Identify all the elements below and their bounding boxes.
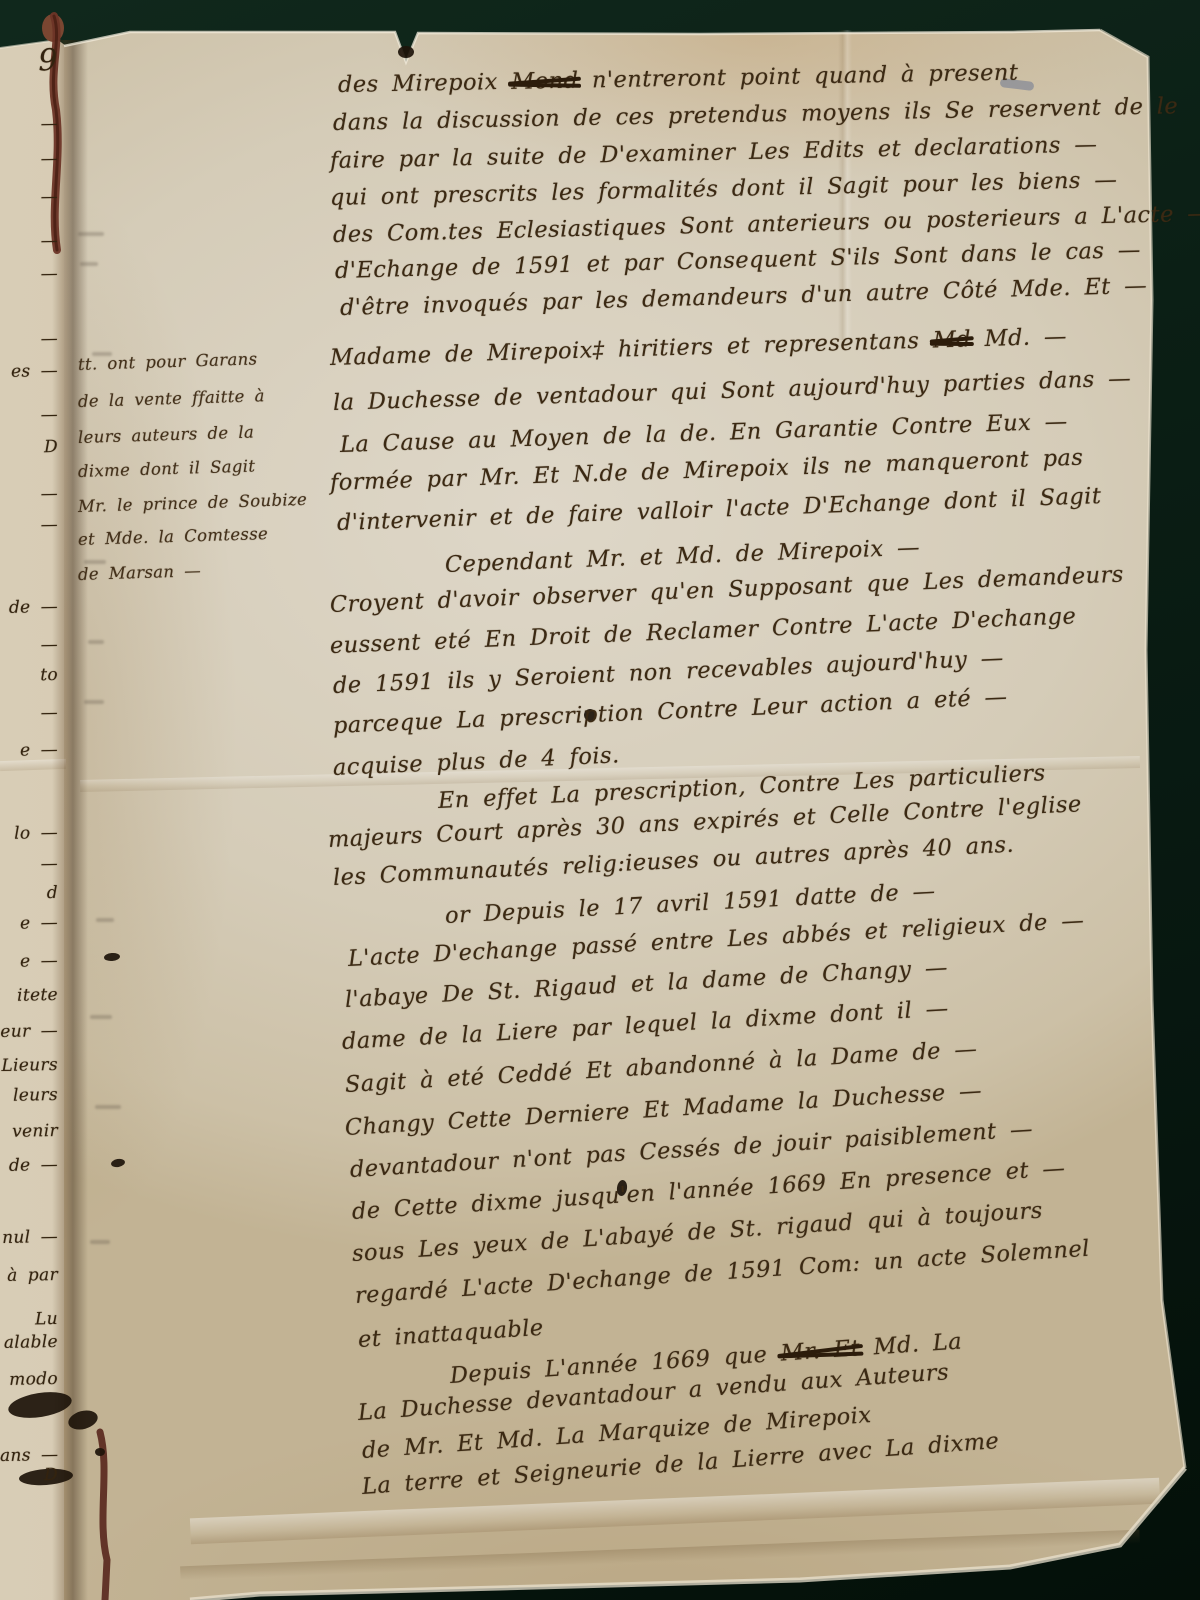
facing-page-fragment: venir — [0, 1121, 58, 1142]
facing-page-fragment: — — [0, 854, 58, 875]
facing-page-fragment: ans — — [0, 1445, 58, 1466]
text-segment: d — [47, 883, 59, 903]
facing-page-fragment: e — — [0, 951, 58, 972]
text-segment: des Mirepoix — [338, 69, 512, 98]
margin-note-line: de Marsan — — [78, 561, 202, 584]
facing-page-fragment: D — [0, 1465, 58, 1486]
text-segment: Md. — — [971, 324, 1068, 353]
text-segment: eur — — [0, 1021, 58, 1042]
text-segment: — — [40, 231, 58, 251]
text-segment: D — [44, 1465, 58, 1485]
facing-page-fragment: — — [0, 231, 58, 252]
facing-page-fragment: — — [0, 264, 58, 285]
text-segment: venir — [12, 1121, 58, 1142]
text-segment: e — — [20, 951, 58, 972]
text-segment: de — — [9, 1155, 58, 1176]
struck-word: Md — [932, 326, 971, 353]
text-segment: — — [40, 405, 58, 425]
text-segment: D — [44, 437, 58, 457]
text-segment: itete — [17, 985, 58, 1006]
manuscript-photo: des Mirepoix Mond n'entreront point quan… — [0, 0, 1200, 1600]
facing-page-fragment: modo — [0, 1369, 58, 1390]
facing-page-fragment: leurs — [0, 1085, 58, 1106]
facing-page-fragment: 9 — [0, 43, 58, 79]
text-segment: à par — [7, 1265, 58, 1286]
ink-showthrough-mark — [80, 262, 98, 266]
text-segment: — — [40, 484, 58, 504]
facing-page-fragment: à par — [0, 1265, 58, 1286]
text-segment: modo — [9, 1369, 58, 1390]
facing-page-fragment: de — — [0, 1155, 58, 1176]
text-segment: lo — — [14, 823, 58, 844]
text-segment: — — [40, 187, 58, 207]
facing-page-fragment: — — [0, 187, 58, 208]
text-segment: 9 — [38, 43, 58, 78]
ink-showthrough-mark — [78, 232, 104, 236]
facing-page-fragment: — — [0, 703, 58, 724]
facing-page-fragment: eur — — [0, 1021, 58, 1042]
ink-showthrough-mark — [84, 700, 104, 704]
text-segment: leurs — [13, 1085, 58, 1106]
facing-page-fragment: Lieurs — [0, 1055, 58, 1076]
text-segment: — — [40, 114, 58, 134]
facing-page-fragment: es — — [0, 361, 58, 382]
facing-page-fragment: itete — [0, 985, 58, 1006]
facing-page-fragment: — — [0, 114, 58, 135]
text-segment: — — [40, 149, 58, 169]
facing-page-fragment: to — [0, 665, 58, 686]
text-segment: — — [40, 635, 58, 655]
facing-page-fragment: lo — — [0, 823, 58, 844]
facing-page-fragment: — — [0, 149, 58, 170]
facing-page-fragment: — — [0, 515, 58, 536]
text-segment: Lu — [35, 1309, 58, 1329]
facing-page-fragment: e — — [0, 913, 58, 934]
struck-word: Mond — [511, 68, 579, 95]
text-segment: ans — — [0, 1445, 59, 1466]
text-segment: to — [40, 665, 58, 685]
ink-showthrough-mark — [88, 640, 104, 644]
facing-page-fragment: e — — [0, 740, 58, 761]
text-segment: nul — — [2, 1227, 58, 1248]
text-segment: alable — [4, 1332, 58, 1353]
struck-word: Mr. Et — [780, 1335, 861, 1366]
facing-page-fragment: D — [0, 437, 58, 458]
binding-thread-knot — [42, 14, 64, 42]
text-segment: — — [40, 515, 58, 535]
ink-showthrough-mark — [90, 1240, 110, 1244]
facing-page-fragment: — — [0, 329, 58, 350]
text-segment: e — — [20, 913, 58, 934]
text-segment: — — [40, 703, 58, 723]
text-segment: es — — [11, 361, 58, 382]
facing-page-fragment: d — [0, 883, 58, 904]
text-segment: e — — [20, 740, 58, 761]
ink-showthrough-mark — [90, 1015, 112, 1019]
text-segment: Lieurs — [1, 1055, 58, 1076]
text-segment: — — [40, 329, 58, 349]
text-segment: de Marsan — — [78, 561, 202, 584]
facing-page-fragment: nul — — [0, 1227, 58, 1248]
facing-page-fragment: alable — [0, 1332, 58, 1353]
text-segment: — — [40, 264, 58, 284]
facing-page-fragment: de — — [0, 597, 58, 618]
facing-page-fragment: Lu — [0, 1309, 58, 1330]
facing-page-fragment: — — [0, 635, 58, 656]
facing-page-fragment: — — [0, 484, 58, 505]
ink-showthrough-mark — [95, 1105, 121, 1109]
text-segment: — — [40, 854, 58, 874]
ink-showthrough-mark — [96, 918, 114, 922]
text-segment: de — — [9, 597, 58, 618]
facing-page-fragment: — — [0, 405, 58, 426]
